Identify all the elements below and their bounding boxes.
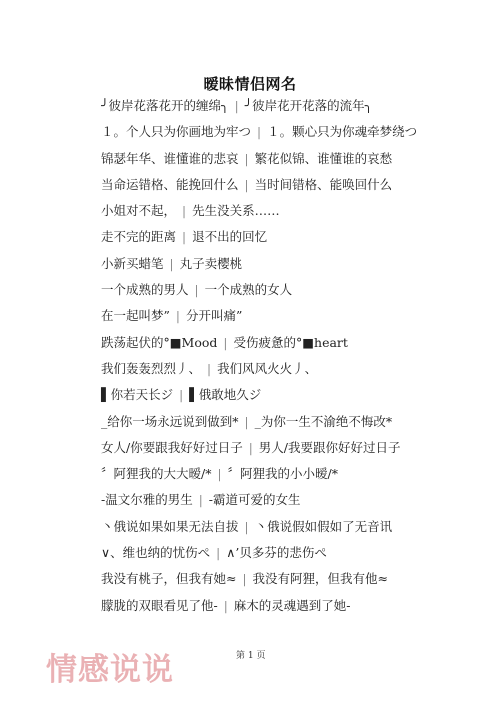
right-name: _为你一生不渝绝不悔改* [255, 414, 393, 429]
left-name: 小姐对不起， [101, 203, 176, 218]
separator: | [235, 93, 239, 119]
separator: | [245, 172, 249, 198]
right-name: 当时间错格、能唤回什么 [255, 177, 393, 192]
left-name: ∨、维也纳的忧伤ぺ [101, 545, 210, 560]
separator: | [223, 330, 227, 356]
separator: | [249, 435, 253, 461]
list-item: 〞阿狸我的大大暧/*|〞阿狸我的小小暧/* [101, 461, 441, 487]
separator: | [199, 487, 203, 513]
separator: | [245, 514, 249, 540]
separator: | [257, 119, 261, 145]
left-name: 一个成熟的男人 [101, 282, 189, 297]
separator: | [245, 146, 249, 172]
right-name: 受伤疲惫的°■heart [233, 335, 347, 350]
separator: | [170, 251, 174, 277]
separator: | [216, 540, 220, 566]
right-name: ╯彼岸花开花落的流年╮ [245, 98, 373, 113]
right-name: １。颗心只为你魂牵梦绕つ [267, 124, 417, 139]
separator: | [207, 356, 211, 382]
left-name: 朦胧的双眼看见了他- [101, 598, 218, 613]
list-item: １。个人只为你画地为牢つ|１。颗心只为你魂牵梦绕つ [101, 119, 441, 145]
left-name: 在一起叫梦” [101, 308, 170, 323]
right-name: 我们风风火火丿、 [217, 361, 317, 376]
list-item: 小姐对不起，|先生没关系…… [101, 198, 441, 224]
left-name: 〞阿狸我的大大暧/* [101, 466, 211, 481]
right-name: 繁花似锦、谁懂谁的哀愁 [255, 151, 393, 166]
left-name: ▌你若天长ジ [101, 387, 173, 402]
right-name: 男人/我要跟你好好过日子 [259, 440, 401, 455]
left-name: 我们轰轰烈烈丿、 [101, 361, 201, 376]
right-name: 退不出的回忆 [192, 229, 267, 244]
right-name: ∧’贝多芬的悲伤ぺ [226, 545, 327, 560]
list-item: 一个成熟的男人|一个成熟的女人 [101, 277, 441, 303]
list-item: 跌荡起伏的°■Mood|受伤疲惫的°■heart [101, 330, 441, 356]
right-name: 丶俄说假如假如了无音讯 [255, 519, 393, 534]
list-item: 当命运错格、能挽回什么|当时间错格、能唤回什么 [101, 172, 441, 198]
left-name: 小新买蜡笔 [101, 256, 164, 271]
list-item: 朦胧的双眼看见了他-|麻木的灵魂遇到了她- [101, 593, 441, 619]
list-item: 在一起叫梦”|分开叫痛” [101, 303, 441, 329]
list-item: _给你一场永远说到做到*|_为你一生不渝绝不悔改* [101, 409, 441, 435]
right-name: 先生没关系…… [192, 203, 280, 218]
list-item: ▌你若天长ジ|▌俄敢地久ジ [101, 382, 441, 408]
list-item: 小新买蜡笔|丸子卖樱桃 [101, 251, 441, 277]
separator: | [179, 382, 183, 408]
left-name: -温文尔雅的男生 [101, 492, 193, 507]
right-name: 丸子卖樱桃 [180, 256, 243, 271]
left-name: 女人/你要跟我好好过日子 [101, 440, 243, 455]
separator: | [217, 461, 221, 487]
separator: | [182, 198, 186, 224]
list-item: ∨、维也纳的忧伤ぺ|∧’贝多芬的悲伤ぺ [101, 540, 441, 566]
list-item: 走不完的距离|退不出的回忆 [101, 224, 441, 250]
page-title: 暧昧情侣网名 [0, 73, 500, 94]
separator: | [176, 303, 180, 329]
separator: | [182, 224, 186, 250]
left-name: 当命运错格、能挽回什么 [101, 177, 239, 192]
left-name: 我没有桃子，但我有她≈ [101, 571, 236, 586]
left-name: 走不完的距离 [101, 229, 176, 244]
list-item: ╯彼岸花落花开的缠绵╮|╯彼岸花开花落的流年╮ [101, 93, 441, 119]
left-name: _给你一场永远说到做到* [101, 414, 239, 429]
list-item: 我没有桃子，但我有她≈|我没有阿狸，但我有他≈ [101, 566, 441, 592]
left-name: １。个人只为你画地为牢つ [101, 124, 251, 139]
left-name: 跌荡起伏的°■Mood [101, 335, 217, 350]
list-item: 我们轰轰烈烈丿、|我们风风火火丿、 [101, 356, 441, 382]
right-name: 麻木的灵魂遇到了她- [234, 598, 351, 613]
list-item: -温文尔雅的男生|-霸道可爱的女生 [101, 487, 441, 513]
right-name: 一个成熟的女人 [205, 282, 293, 297]
separator: | [245, 409, 249, 435]
left-name: 锦瑟年华、谁懂谁的悲哀 [101, 151, 239, 166]
right-name: 分开叫痛” [186, 308, 242, 323]
watermark-logo: 情感说说 [46, 644, 174, 689]
list-item: 锦瑟年华、谁懂谁的悲哀|繁花似锦、谁懂谁的哀愁 [101, 146, 441, 172]
left-name: ╯彼岸花落花开的缠绵╮ [101, 98, 229, 113]
right-name: 〞阿狸我的小小暧/* [228, 466, 338, 481]
right-name: -霸道可爱的女生 [209, 492, 301, 507]
page-number: 第 1 页 [236, 648, 265, 661]
name-pair-list: ╯彼岸花落花开的缠绵╮|╯彼岸花开花落的流年╮ １。个人只为你画地为牢つ|１。颗… [101, 93, 441, 619]
right-name: ▌俄敢地久ジ [189, 387, 261, 402]
list-item: 女人/你要跟我好好过日子|男人/我要跟你好好过日子 [101, 435, 441, 461]
separator: | [224, 593, 228, 619]
right-name: 我没有阿狸，但我有他≈ [253, 571, 388, 586]
list-item: 丶俄说如果如果无法自拔|丶俄说假如假如了无音讯 [101, 514, 441, 540]
separator: | [195, 277, 199, 303]
left-name: 丶俄说如果如果无法自拔 [101, 519, 239, 534]
separator: | [242, 566, 246, 592]
